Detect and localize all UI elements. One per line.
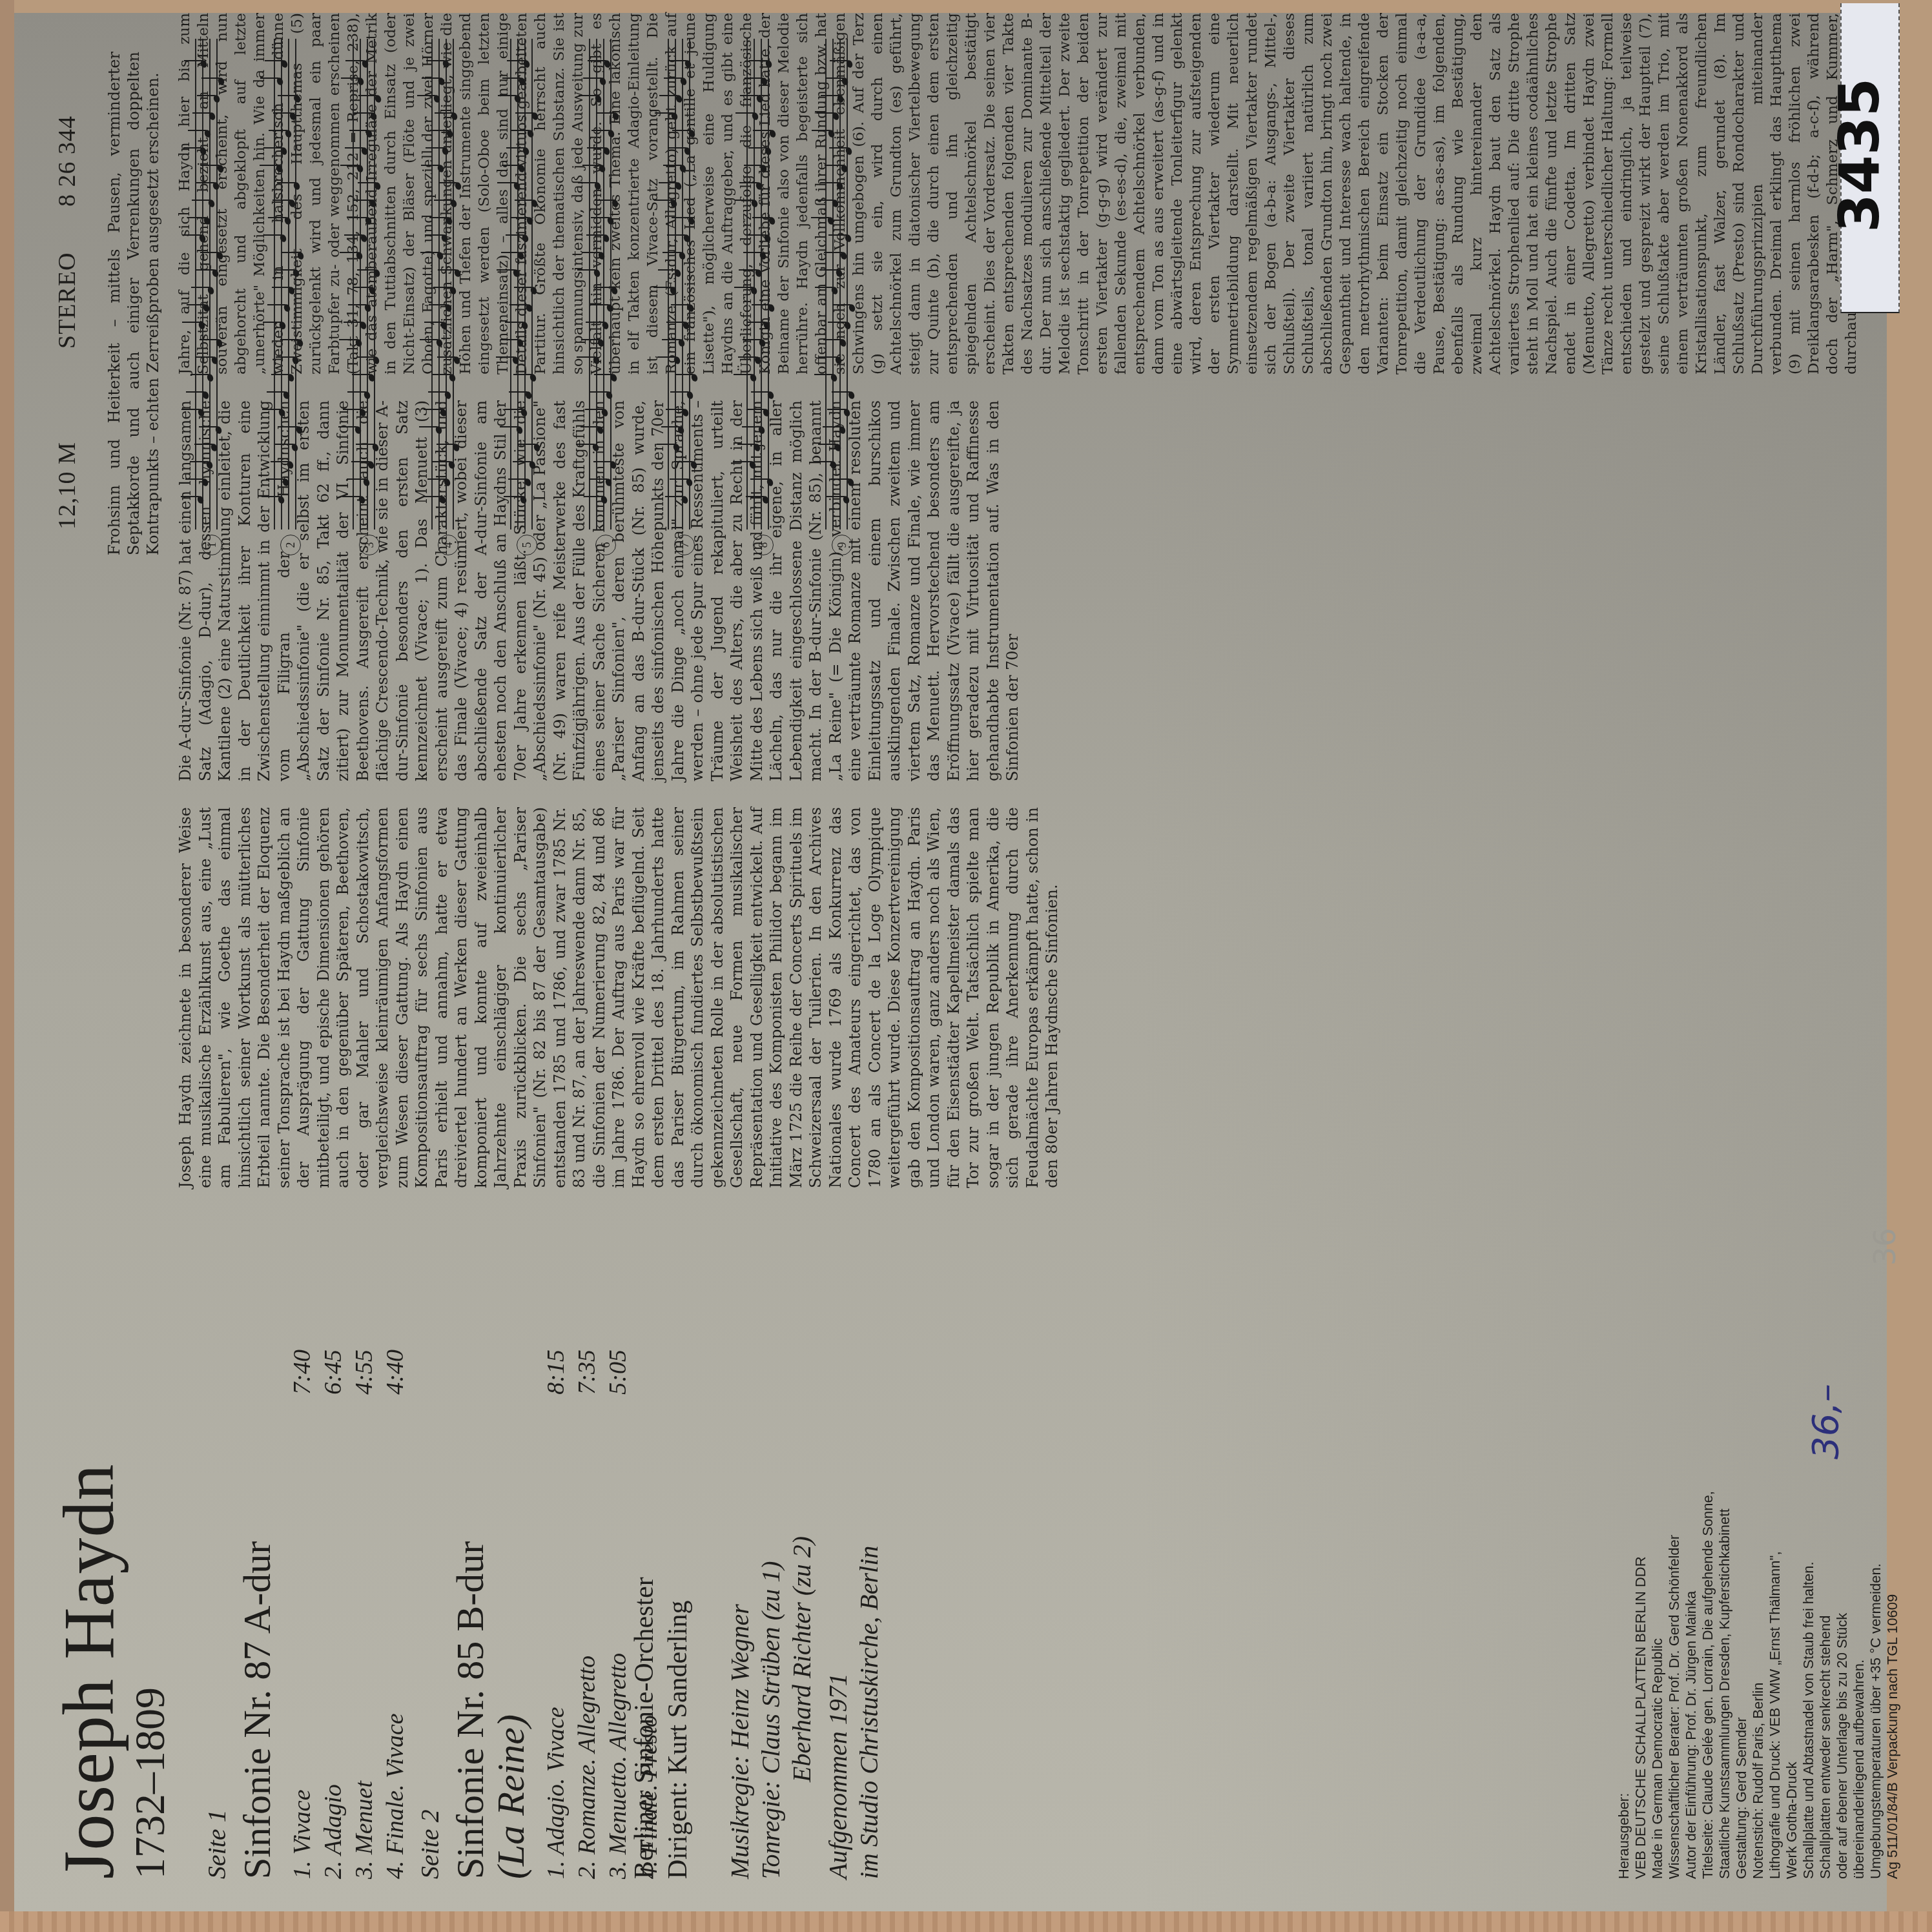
composer-name: Joseph Haydn <box>53 1464 125 1879</box>
example-number: 2 <box>280 535 301 555</box>
handwritten-price: 36,– <box>1805 1384 1847 1459</box>
sleeve-sheet: Joseph Haydn 1732–1809 Seite 1 Sinfonie … <box>14 13 1887 1911</box>
imprint-line: Wissenschaftlicher Berater: Prof. Dr. Ge… <box>1666 1169 1683 1879</box>
movement-item: 1. Vivace7:40 <box>287 1350 318 1879</box>
essay-text: Joseph Haydn zeichnete in besonderer Wei… <box>176 807 1062 1188</box>
staff-lines <box>353 39 381 529</box>
movement-list: 1. Vivace7:40 2. Adagio6:45 3. Menuet4:5… <box>287 1350 411 1879</box>
staff-lines <box>668 39 696 529</box>
imprint-line: Notenstich: Rudolf Paris, Berlin <box>1750 1169 1767 1879</box>
conductor-name: Dirigent: Kurt Sanderling <box>661 1577 695 1879</box>
imprint-line: Lithografie und Druck: VEB VMW „Ernst Th… <box>1767 1169 1783 1879</box>
essay-column-1: Joseph Haydn zeichnete in besonderer Wei… <box>176 807 1887 1188</box>
credit-sound-engineer: Tonregie: Claus Strüben (zu 1) <box>755 1536 786 1879</box>
movement-item: 1. Adagio. Vivace8:15 <box>540 1350 571 1879</box>
music-example: 3 <box>340 39 404 555</box>
movement-item: 2. Adagio6:45 <box>318 1350 349 1879</box>
format-label: STEREO <box>53 252 81 349</box>
imprint-line: Schallplatten entweder senkrecht stehend <box>1817 1169 1834 1879</box>
imprint-line: Titelseite: Claude Gelée gen. Lorrain, D… <box>1700 1169 1716 1879</box>
imprint-line: Schallplatte und Abtastnadel von Staub f… <box>1800 1169 1817 1879</box>
music-example: 4 <box>418 39 483 555</box>
imprint-line: Herausgeber: <box>1616 1169 1632 1879</box>
imprint-line: Staatliche Kunstsammlungen Dresden, Kupf… <box>1716 1169 1733 1879</box>
sticker-number: 3435 <box>1827 78 1892 232</box>
example-number: 6 <box>595 535 616 555</box>
composer-dates: 1732–1809 <box>128 1464 172 1879</box>
essay-text: Frohsinn und Heiterkeit – mittels Pausen… <box>105 52 163 555</box>
work-title: Sinfonie Nr. 85 B-dur <box>450 1350 491 1879</box>
background-surface-bottom <box>0 1911 1932 1932</box>
production-credits: Musikregie: Heinz Wegner Tonregie: Claus… <box>724 1536 885 1879</box>
credit-sound-engineer-2: Eberhard Richter (zu 2) <box>786 1536 817 1879</box>
music-example: 8 <box>734 39 798 555</box>
music-example: 1 <box>182 39 247 555</box>
orchestra-name: Berliner Sinfonie-Orchester <box>628 1577 661 1879</box>
movement-item: 2. Romanze. Allegretto7:35 <box>571 1350 602 1879</box>
music-example: 9 <box>812 39 877 555</box>
side-label: Seite 1 <box>201 1350 232 1879</box>
example-number: 8 <box>753 535 774 555</box>
performers: Berliner Sinfonie-Orchester Dirigent: Ku… <box>628 1577 695 1879</box>
record-sleeve-back: Joseph Haydn 1732–1809 Seite 1 Sinfonie … <box>14 0 1900 1911</box>
side-1: Seite 1 Sinfonie Nr. 87 A-dur 1. Vivace7… <box>201 1350 411 1879</box>
staff-lines <box>274 39 302 529</box>
imprint-line: VEB DEUTSCHE SCHALLPLATTEN BERLIN DDR <box>1632 1169 1649 1879</box>
imprint-line: Ag 511/01/84/B Verpackung nach TGL 10609 <box>1884 1169 1901 1879</box>
imprint-line: Made in German Democratic Republic <box>1649 1169 1666 1879</box>
example-number: 4 <box>438 535 458 555</box>
title-block: Joseph Haydn 1732–1809 <box>53 1464 172 1879</box>
work-title: Sinfonie Nr. 87 A-dur <box>237 1350 278 1879</box>
credit-music-director: Musikregie: Heinz Wegner <box>724 1536 755 1879</box>
imprint-line: Autor der Einführung: Prof. Dr. Jürgen M… <box>1683 1169 1700 1879</box>
staff-lines <box>746 39 775 529</box>
pencil-mark: 36 <box>1867 1228 1902 1266</box>
catalog-number: 8 26 344 <box>53 116 81 207</box>
side-label: Seite 2 <box>415 1350 445 1879</box>
work-subtitle: (La Reine) <box>491 1350 531 1879</box>
publisher-imprint: Herausgeber: VEB DEUTSCHE SCHALLPLATTEN … <box>1616 1169 1901 1879</box>
example-number: 7 <box>674 535 695 555</box>
background-surface-left <box>0 0 14 1932</box>
movement-item: 3. Menuet4:55 <box>349 1350 380 1879</box>
movement-item: 4. Finale. Vivace4:40 <box>380 1350 411 1879</box>
recording-location: im Studio Christuskirche, Berlin <box>854 1536 885 1879</box>
staff-lines <box>589 39 617 529</box>
staff-lines <box>510 39 539 529</box>
recording-year: Aufgenommen 1971 <box>823 1536 854 1879</box>
side-2: Seite 2 Sinfonie Nr. 85 B-dur (La Reine)… <box>415 1350 664 1879</box>
example-number: 9 <box>832 535 852 555</box>
imprint-line: übereinanderliegend aufbewahren. <box>1851 1169 1867 1879</box>
example-number: 1 <box>201 535 222 555</box>
staff-lines <box>195 39 223 529</box>
staff-lines <box>825 39 854 529</box>
imprint-line: Gestaltung: Gerd Semder <box>1733 1169 1750 1879</box>
essay-column-4: Frohsinn und Heiterkeit – mittels Pausen… <box>105 52 163 555</box>
example-number: 3 <box>359 535 380 555</box>
imprint-line: Umgebungstemperaturen über +35 °C vermei… <box>1867 1169 1884 1879</box>
music-example: 7 <box>655 39 719 555</box>
music-examples: 123456789 <box>182 39 891 555</box>
speed-mark: 12,10 M <box>53 442 81 529</box>
music-example: 5 <box>497 39 562 555</box>
imprint-line: Werk Gotha-Druck <box>1783 1169 1800 1879</box>
imprint-line: oder auf ebener Unterlage bis zu 20 Stüc… <box>1834 1169 1851 1879</box>
staff-lines <box>431 39 460 529</box>
music-example: 2 <box>261 39 325 555</box>
music-example: 6 <box>576 39 641 555</box>
example-number: 5 <box>517 535 537 555</box>
